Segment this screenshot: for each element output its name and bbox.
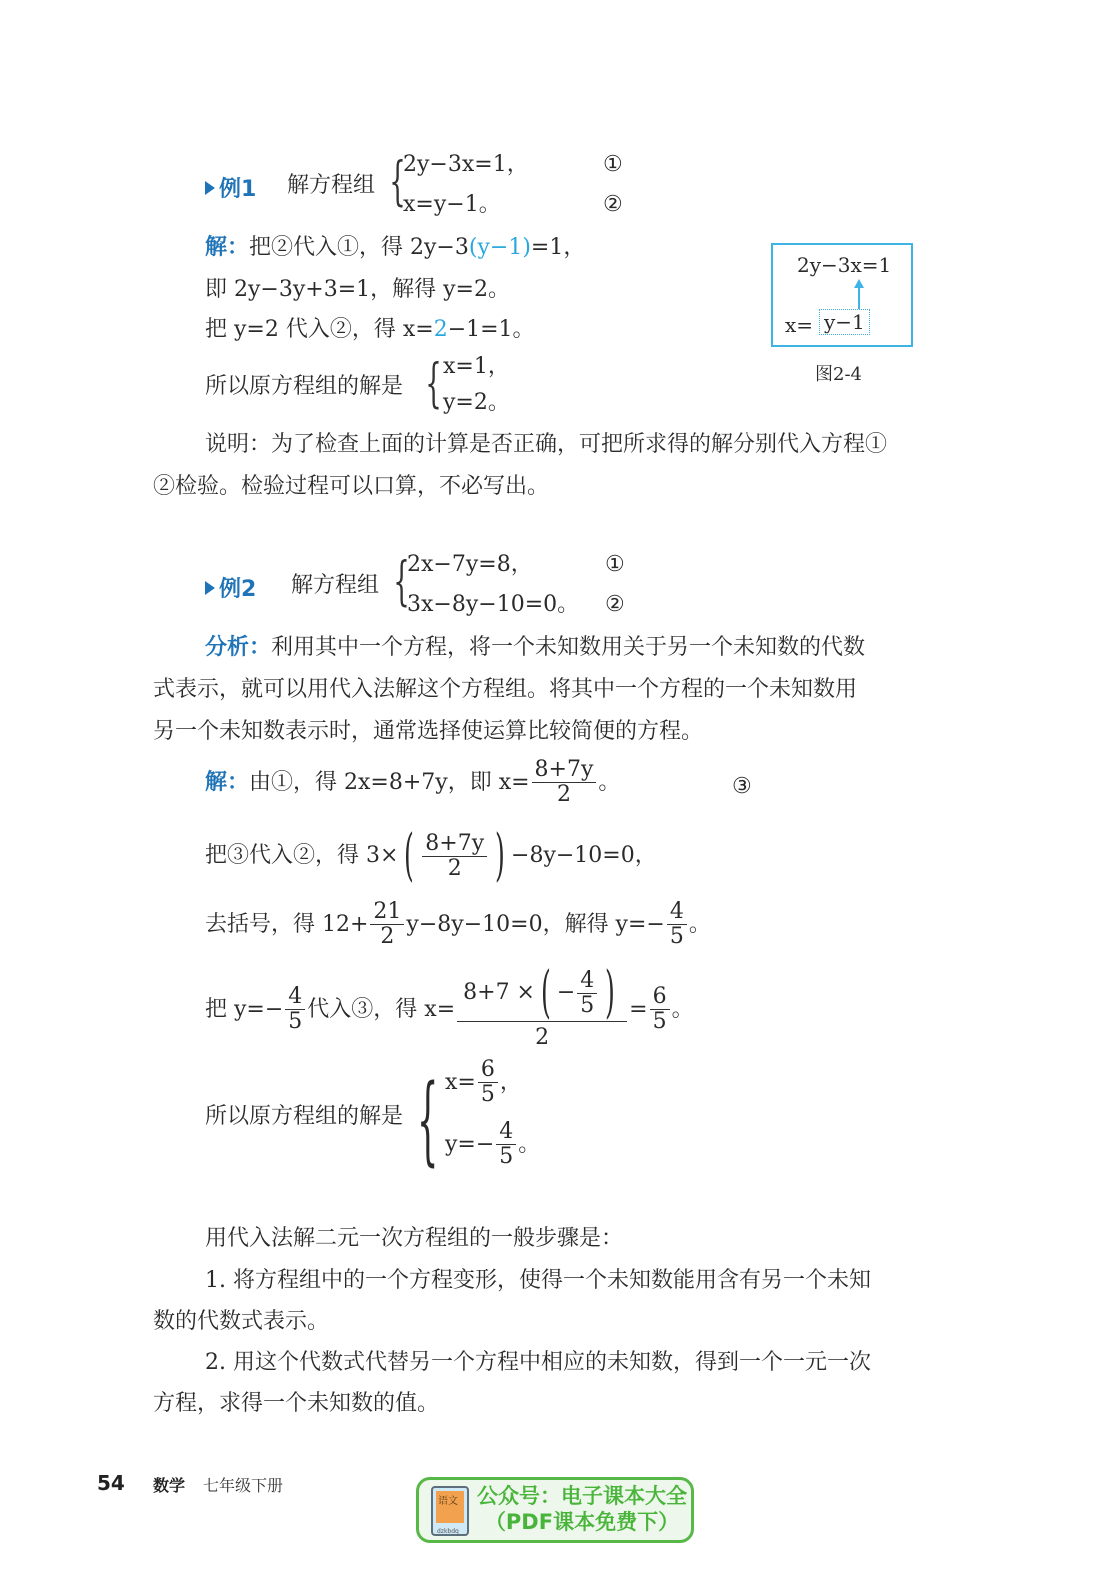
text: ， xyxy=(500,1068,522,1098)
figure-bottom-left: x= xyxy=(785,313,813,337)
numerator: 6 xyxy=(650,985,670,1010)
example-2-equation-2: 3x−8y−10=0。 xyxy=(407,590,579,620)
step-1-line-2: 数的代数式表示。 xyxy=(153,1307,329,1337)
denominator: 5 xyxy=(499,1145,513,1169)
step-2-line-2: 方程，求得一个未知数的值。 xyxy=(153,1389,439,1419)
figure-boxed-expression: y−1 xyxy=(819,309,870,335)
text: 代入③，得 x= xyxy=(307,995,455,1025)
example-1-solution-line-2: 即 2y−3y+3=1，解得 y=2。 xyxy=(205,275,510,305)
big-numerator: 8+7 × ( − 45 ) xyxy=(457,965,627,1022)
text: x= xyxy=(445,1068,476,1098)
highlighted-term: (y−1) xyxy=(469,235,531,260)
figure-top-equation: 2y−3x=1 xyxy=(797,253,891,277)
big-fraction: 8+7 × ( − 45 ) 2 xyxy=(457,965,627,1054)
example-1-equation-2: x=y−1。 xyxy=(403,190,501,220)
fraction: 65 xyxy=(650,985,670,1034)
text: 把 y=2 代入②，得 x= xyxy=(205,317,434,342)
triangle-marker-icon xyxy=(205,181,215,195)
example-1-solution-line-3: 把 y=2 代入②，得 x=2−1=1。 xyxy=(205,315,535,345)
text: 由①，得 2x=8+7y，即 x= xyxy=(249,768,530,798)
text: 。 xyxy=(689,910,711,940)
equation-tag-3: ③ xyxy=(732,772,752,802)
fraction: 212 xyxy=(370,900,404,949)
equation-tag-2: ② xyxy=(605,590,625,620)
step-2-line-1: 2. 用这个代数式代替另一个方程中相应的未知数，得到一个一元一次 xyxy=(205,1348,871,1378)
denominator: 2 xyxy=(380,925,394,949)
numerator: 8+7y xyxy=(422,832,487,857)
watermark-line-1: 公众号：电子课本大全 xyxy=(477,1483,687,1510)
numerator: 8+7y xyxy=(532,758,597,783)
right-paren: ) xyxy=(605,965,615,1021)
analysis-line-2: 式表示，就可以用代入法解这个方程组。将其中一个方程的一个未知数用 xyxy=(153,675,857,705)
fraction: 8+7y2 xyxy=(532,758,597,807)
footer-subject: 数学 xyxy=(153,1473,185,1496)
note-line-2: ②检验。检验过程可以口算，不必写出。 xyxy=(153,472,549,502)
book-cover: 语文 xyxy=(436,1491,464,1523)
example-1-solution-line-1: 解：把②代入①，得 2y−3(y−1)=1， xyxy=(205,233,585,263)
footer-grade: 七年级下册 xyxy=(203,1473,283,1496)
figure-2-4: 2y−3x=1 x= y−1 xyxy=(771,243,913,347)
analysis-label: 分析： xyxy=(205,635,271,660)
example-2-solution-step-3: 去括号，得 12+ 212 y−8y−10=0，解得 y=− 45 。 xyxy=(205,900,711,949)
minus: − xyxy=(557,965,575,1021)
analysis-line-3: 另一个未知数表示时，通常选择使运算比较简便的方程。 xyxy=(153,717,703,747)
denominator: 5 xyxy=(670,925,684,949)
page-number: 54 xyxy=(97,1471,125,1495)
text: −8y−10=0， xyxy=(511,841,657,871)
example-2-equation-1: 2x−7y=8， xyxy=(407,550,533,580)
text: 。 xyxy=(598,768,620,798)
text: 8+7 × xyxy=(463,965,535,1021)
numerator: 4 xyxy=(577,969,597,994)
answer-prefix: 所以原方程组的解是 xyxy=(205,1102,403,1132)
denominator: 5 xyxy=(653,1010,667,1034)
highlighted-term: 2 xyxy=(434,317,448,342)
answer-y: y=− 45 。 xyxy=(445,1120,540,1169)
text: 把②代入①，得 2y−3 xyxy=(249,235,469,260)
numerator: 6 xyxy=(478,1058,498,1083)
text: 利用其中一个方程，将一个未知数用关于另一个未知数的代数 xyxy=(271,635,865,660)
numerator: 21 xyxy=(370,900,404,925)
fraction: 45 xyxy=(667,900,687,949)
example-2-answer: 所以原方程组的解是 { x= 65 ， y=− 45 。 xyxy=(205,1058,585,1178)
answer-prefix: 所以原方程组的解是 xyxy=(205,372,403,402)
text: = xyxy=(629,995,647,1025)
left-brace-icon: { xyxy=(417,1072,438,1168)
numerator: 4 xyxy=(285,985,305,1010)
icon-caption: dzkbdq xyxy=(437,1528,459,1535)
denominator: 5 xyxy=(580,994,594,1018)
solution-label: 解： xyxy=(205,768,249,798)
example-2-label: 例2 xyxy=(205,572,256,603)
analysis-line-1: 分析：利用其中一个方程，将一个未知数用关于另一个未知数的代数 xyxy=(205,633,865,663)
equation-tag-2: ② xyxy=(603,190,623,220)
fraction: 8+7y2 xyxy=(422,832,487,881)
fraction: 45 xyxy=(496,1120,516,1169)
example-2-solution-step-1: 解：由①，得 2x=8+7y，即 x= 8+7y2 。 xyxy=(205,758,620,807)
text: −1=1。 xyxy=(448,317,535,342)
example-1-label: 例1 xyxy=(205,172,256,203)
arrow-shaft xyxy=(858,287,860,309)
example-1-header: 例1 解方程组 { 2y−3x=1， x=y−1。 ① ② xyxy=(205,148,645,223)
text: =1， xyxy=(531,235,585,260)
text: y−8y−10=0，解得 y=− xyxy=(406,910,664,940)
denominator: 2 xyxy=(448,857,462,881)
example-2-prompt: 解方程组 xyxy=(291,571,379,601)
denominator: 2 xyxy=(557,783,571,807)
text: y=− xyxy=(445,1130,494,1160)
figure-caption: 图2-4 xyxy=(815,360,862,386)
example-1-equation-1: 2y−3x=1， xyxy=(403,150,529,180)
step-1-line-1: 1. 将方程组中的一个方程变形，使得一个未知数能用含有另一个未知 xyxy=(205,1266,871,1296)
example-2-solution-step-2: 把③代入②，得 3× ( 8+7y2 ) −8y−10=0， xyxy=(205,828,657,884)
example-2-solution-step-4: 把 y=− 45 代入③，得 x= 8+7 × ( − 45 ) 2 = 65 … xyxy=(205,965,694,1054)
equation-tag-1: ① xyxy=(605,550,625,580)
fraction: 45 xyxy=(285,985,305,1034)
solution-label: 解： xyxy=(205,235,249,260)
numerator: 4 xyxy=(496,1120,516,1145)
equation-tag-1: ① xyxy=(603,150,623,180)
example-2-header: 例2 解方程组 { 2x−7y=8， 3x−8y−10=0。 ① ② xyxy=(205,548,645,623)
numerator: 4 xyxy=(667,900,687,925)
triangle-marker-icon xyxy=(205,581,215,595)
left-paren: ( xyxy=(541,965,551,1021)
left-brace-icon: { xyxy=(425,358,442,410)
watermark-line-2: （PDF课本免费下） xyxy=(477,1509,687,1536)
denominator: 5 xyxy=(481,1083,495,1107)
fraction: 45 xyxy=(577,969,597,1018)
left-paren: ( xyxy=(404,828,414,884)
answer-y: y=2。 xyxy=(443,388,510,418)
text: 。 xyxy=(518,1130,540,1160)
answer-x: x= 65 ， xyxy=(445,1058,522,1107)
note-line-1: 说明：为了检查上面的计算是否正确，可把所求得的解分别代入方程① xyxy=(205,430,887,460)
watermark-badge: 语文 dzkbdq 公众号：电子课本大全 （PDF课本免费下） xyxy=(416,1477,694,1543)
example-1-answer: 所以原方程组的解是 { x=1， y=2。 xyxy=(205,352,525,420)
steps-intro: 用代入法解二元一次方程组的一般步骤是： xyxy=(205,1224,623,1254)
text: 。 xyxy=(672,995,694,1025)
denominator: 5 xyxy=(288,1010,302,1034)
answer-x: x=1， xyxy=(443,352,510,382)
text: 把③代入②，得 3× xyxy=(205,841,398,871)
fraction: 65 xyxy=(478,1058,498,1107)
big-denominator: 2 xyxy=(535,1022,549,1054)
right-paren: ) xyxy=(495,828,505,884)
text: 把 y=− xyxy=(205,995,283,1025)
example-1-prompt: 解方程组 xyxy=(287,171,375,201)
text: 去括号，得 12+ xyxy=(205,910,368,940)
icon-text: 语文 xyxy=(438,1492,458,1507)
